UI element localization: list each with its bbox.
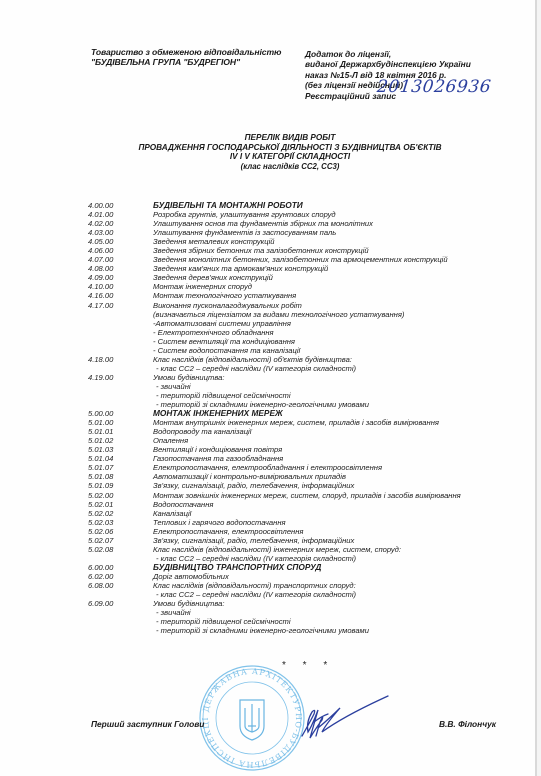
list-item: 5.01.00Монтаж внутрішніх інженерних мере… xyxy=(88,418,528,427)
item-text: Електропостачання, електроосвітлення xyxy=(153,527,528,536)
item-text: -Автоматизовані системи управління xyxy=(153,319,528,328)
item-text: БУДІВЕЛЬНІ ТА МОНТАЖНІ РОБОТИ xyxy=(153,201,528,210)
list-item: - територій підвищеної сейсмічності xyxy=(88,617,528,626)
item-code: 4.07.00 xyxy=(88,255,153,264)
list-item: 5.01.04Газопостачання та газообладнання xyxy=(88,454,528,463)
item-code: 4.16.00 xyxy=(88,291,153,300)
section-heading: 4.00.00БУДІВЕЛЬНІ ТА МОНТАЖНІ РОБОТИ xyxy=(88,201,528,210)
item-text: - звичайні xyxy=(153,608,528,617)
list-item: 4.19.00Умови будівництва: xyxy=(88,373,528,382)
item-code: 4.06.00 xyxy=(88,246,153,255)
item-code: 4.10.00 xyxy=(88,282,153,291)
list-item: 5.01.09Зв'язку, сигналізації, радіо, тел… xyxy=(88,481,528,490)
item-text: Розробка грунтів, улаштування грунтових … xyxy=(153,210,528,219)
item-code: 6.00.00 xyxy=(88,563,153,572)
list-item: 5.01.02Опалення xyxy=(88,436,528,445)
list-item: 5.02.03Теплових і гарячого водопостачанн… xyxy=(88,518,528,527)
title-line-4: (клас наслідків СС2, СС3) xyxy=(120,162,460,172)
list-item: 4.03.00Улаштування фундаментів із застос… xyxy=(88,228,528,237)
item-code: 5.01.02 xyxy=(88,436,153,445)
company-header: Товариство з обмеженою відповідальністю … xyxy=(91,47,281,67)
item-code: 5.02.03 xyxy=(88,518,153,527)
item-text: - територій підвищеної сейсмічності xyxy=(153,617,528,626)
list-item: 5.01.01Водопроводу та каналізації xyxy=(88,427,528,436)
trident-icon xyxy=(240,700,264,740)
item-code: 5.01.09 xyxy=(88,481,153,490)
list-item: 4.08.00Зведення кам'яних та армокам'яних… xyxy=(88,264,528,273)
item-code: 5.01.03 xyxy=(88,445,153,454)
item-code: 5.01.08 xyxy=(88,472,153,481)
item-code: 4.03.00 xyxy=(88,228,153,237)
item-code: 4.01.00 xyxy=(88,210,153,219)
item-text: Улаштування фундаментів із застосуванням… xyxy=(153,228,528,237)
signature xyxy=(300,692,390,742)
list-item: 4.01.00Розробка грунтів, улаштування гру… xyxy=(88,210,528,219)
item-text: - Систем вентиляції та кондиціювання xyxy=(153,337,528,346)
page-margin xyxy=(537,0,541,776)
item-code: 6.08.00 xyxy=(88,581,153,590)
item-code: 5.02.06 xyxy=(88,527,153,536)
list-item: 6.09.00Умови будівництва: xyxy=(88,599,528,608)
item-code: 4.17.00 xyxy=(88,301,153,310)
item-text: Каналізації xyxy=(153,509,528,518)
item-text: Автоматизації і контрольно-вимірювальних… xyxy=(153,472,528,481)
list-item: 5.02.00Монтаж зовнішніх інженерних мереж… xyxy=(88,491,528,500)
item-text: Клас наслідків (відповідальності) трансп… xyxy=(153,581,528,590)
signer-title: Перший заступник Голови xyxy=(91,719,204,729)
list-item: - Систем водопостачання та каналізації xyxy=(88,346,528,355)
list-item: 5.02.08Клас наслідків (відповідальності)… xyxy=(88,545,528,554)
title-line-3: IV І V КАТЕГОРІЇ СКЛАДНОСТІ xyxy=(120,152,460,162)
item-text: МОНТАЖ ІНЖЕНЕРНИХ МЕРЕЖ xyxy=(153,409,528,418)
item-code: 5.02.08 xyxy=(88,545,153,554)
list-item: - територій зі складними інженерно-геоло… xyxy=(88,626,528,635)
list-item: 4.17.00Виконання пусконалагоджувальних р… xyxy=(88,301,528,310)
item-text: Водопостачання xyxy=(153,500,528,509)
item-text: Монтаж інженерних споруд xyxy=(153,282,528,291)
item-text: Зведення збірних бетонних та залізобетон… xyxy=(153,246,528,255)
title-line-2: ПРОВАДЖЕННЯ ГОСПОДАРСЬКОЇ ДІЯЛЬНОСТІ З Б… xyxy=(120,143,460,153)
item-text: Газопостачання та газообладнання xyxy=(153,454,528,463)
item-text: Зведення металевих конструкцій xyxy=(153,237,528,246)
item-text: - територій підвищеної сейсмічності xyxy=(153,391,528,400)
list-item: 4.06.00Зведення збірних бетонних та залі… xyxy=(88,246,528,255)
item-text: Опалення xyxy=(153,436,528,445)
work-types-list: 4.00.00БУДІВЕЛЬНІ ТА МОНТАЖНІ РОБОТИ4.01… xyxy=(88,201,528,635)
item-code: 5.00.00 xyxy=(88,409,153,418)
company-type: Товариство з обмеженою відповідальністю xyxy=(91,47,281,57)
item-code: 5.02.02 xyxy=(88,509,153,518)
list-item: 5.02.02Каналізації xyxy=(88,509,528,518)
title-line-1: ПЕРЕЛІК ВИДІВ РОБІТ xyxy=(120,133,460,143)
list-item: 4.05.00Зведення металевих конструкцій xyxy=(88,237,528,246)
document-title: ПЕРЕЛІК ВИДІВ РОБІТ ПРОВАДЖЕННЯ ГОСПОДАР… xyxy=(120,133,460,171)
item-code: 4.19.00 xyxy=(88,373,153,382)
item-text: Клас наслідків (відповідальності) об'єкт… xyxy=(153,355,528,364)
item-code: 4.00.00 xyxy=(88,201,153,210)
registration-line: Реєстраційний запис 2013026936 xyxy=(305,91,471,101)
item-code: 5.02.01 xyxy=(88,500,153,509)
item-text: Виконання пусконалагоджувальних робіт xyxy=(153,301,528,310)
list-item: 5.01.08Автоматизації і контрольно-вимірю… xyxy=(88,472,528,481)
item-text: Зв'язку, сигналізації, радіо, телебаченн… xyxy=(153,536,528,545)
item-text: Вентиляції і кондиціювання повітря xyxy=(153,445,528,454)
list-item: 4.02.00Улаштування основ та фундаментів … xyxy=(88,219,528,228)
item-text: Водопроводу та каналізації xyxy=(153,427,528,436)
item-code: 5.02.00 xyxy=(88,491,153,500)
license-line-1: Додаток до ліцензії, xyxy=(305,49,471,59)
company-name: "БУДІВЕЛЬНА ГРУПА "БУДРЕГІОН" xyxy=(91,57,281,67)
item-text: Зведення дерев'яних конструкцій xyxy=(153,273,528,282)
list-item: 4.07.00Зведення монолітних бетонних, зал… xyxy=(88,255,528,264)
license-line-2: виданої Держархбудінспекцією України xyxy=(305,59,471,69)
signer-name: В.В. Філончук xyxy=(439,719,496,729)
item-code: 4.08.00 xyxy=(88,264,153,273)
list-item: 5.01.03Вентиляції і кондиціювання повітр… xyxy=(88,445,528,454)
item-text: Клас наслідків (відповідальності) інжене… xyxy=(153,545,528,554)
item-text: Електропостачання, електрообладнання і е… xyxy=(153,463,528,472)
list-item: 5.02.06Електропостачання, електроосвітле… xyxy=(88,527,528,536)
item-text: Монтаж внутрішніх інженерних мереж, сист… xyxy=(153,418,528,427)
item-text: - звичайні xyxy=(153,382,528,391)
item-text: Теплових і гарячого водопостачання xyxy=(153,518,528,527)
item-text: - територій зі складними інженерно-геоло… xyxy=(153,626,528,635)
item-code: 6.02.00 xyxy=(88,572,153,581)
item-code: 5.02.07 xyxy=(88,536,153,545)
list-item: 4.09.00Зведення дерев'яних конструкцій xyxy=(88,273,528,282)
item-code: 5.01.00 xyxy=(88,418,153,427)
item-text: - Систем водопостачання та каналізації xyxy=(153,346,528,355)
item-code: 6.09.00 xyxy=(88,599,153,608)
list-item: 5.02.07Зв'язку, сигналізації, радіо, тел… xyxy=(88,536,528,545)
item-text: - клас СС2 – середні наслідки (IV катего… xyxy=(153,590,528,599)
list-item: (визначається ліцензіатом за видами техн… xyxy=(88,310,528,319)
item-text: БУДІВНИЦТВО ТРАНСПОРТНИХ СПОРУД xyxy=(153,563,528,572)
item-text: Улаштування основ та фундаментів збірних… xyxy=(153,219,528,228)
list-item: 5.01.07Електропостачання, електрообладна… xyxy=(88,463,528,472)
item-text: Зведення монолітних бетонних, залізобето… xyxy=(153,255,528,264)
list-item: 5.02.01Водопостачання xyxy=(88,500,528,509)
list-item: 6.02.00Доріг автомобільних xyxy=(88,572,528,581)
license-reference: Додаток до ліцензії, виданої Держархбуді… xyxy=(305,49,471,101)
list-item: - Електротехнічного обладнання xyxy=(88,328,528,337)
item-code: 4.02.00 xyxy=(88,219,153,228)
list-item: - звичайні xyxy=(88,608,528,617)
official-stamp: ДЕРЖАВНА АРХІТЕКТУРНО-БУДІВЕЛЬНА ІНСПЕКЦ… xyxy=(198,664,306,772)
item-text: - Електротехнічного обладнання xyxy=(153,328,528,337)
list-item: 6.08.00Клас наслідків (відповідальності)… xyxy=(88,581,528,590)
list-item: - Систем вентиляції та кондиціювання xyxy=(88,337,528,346)
list-item: 4.18.00Клас наслідків (відповідальності)… xyxy=(88,355,528,364)
list-item: 4.10.00Монтаж інженерних споруд xyxy=(88,282,528,291)
item-text: Зведення кам'яних та армокам'яних констр… xyxy=(153,264,528,273)
list-item: 4.16.00Монтаж технологічного устаткуванн… xyxy=(88,291,528,300)
item-text: Умови будівництва: xyxy=(153,599,528,608)
item-text: Монтаж зовнішніх інженерних мереж, систе… xyxy=(153,491,528,500)
registration-number: 2013026936 xyxy=(376,82,491,92)
list-item: - клас СС2 – середні наслідки (IV катего… xyxy=(88,364,528,373)
list-item: - звичайні xyxy=(88,382,528,391)
item-text: Зв'язку, сигналізації, радіо, телебаченн… xyxy=(153,481,528,490)
list-item: - територій підвищеної сейсмічності xyxy=(88,391,528,400)
item-code: 5.01.07 xyxy=(88,463,153,472)
item-text: Монтаж технологічного устаткування xyxy=(153,291,528,300)
item-text: (визначається ліцензіатом за видами техн… xyxy=(153,310,528,319)
license-appendix-page: Товариство з обмеженою відповідальністю … xyxy=(0,0,535,776)
item-code: 4.09.00 xyxy=(88,273,153,282)
list-item: - клас СС2 – середні наслідки (IV катего… xyxy=(88,590,528,599)
list-item: -Автоматизовані системи управління xyxy=(88,319,528,328)
section-heading: 6.00.00БУДІВНИЦТВО ТРАНСПОРТНИХ СПОРУД xyxy=(88,563,528,572)
section-heading: 5.00.00МОНТАЖ ІНЖЕНЕРНИХ МЕРЕЖ xyxy=(88,409,528,418)
item-text: Доріг автомобільних xyxy=(153,572,528,581)
item-code: 5.01.04 xyxy=(88,454,153,463)
item-code: 4.18.00 xyxy=(88,355,153,364)
item-code: 5.01.01 xyxy=(88,427,153,436)
item-text: - клас СС2 – середні наслідки (IV катего… xyxy=(153,364,528,373)
item-text: Умови будівництва: xyxy=(153,373,528,382)
item-code: 4.05.00 xyxy=(88,237,153,246)
